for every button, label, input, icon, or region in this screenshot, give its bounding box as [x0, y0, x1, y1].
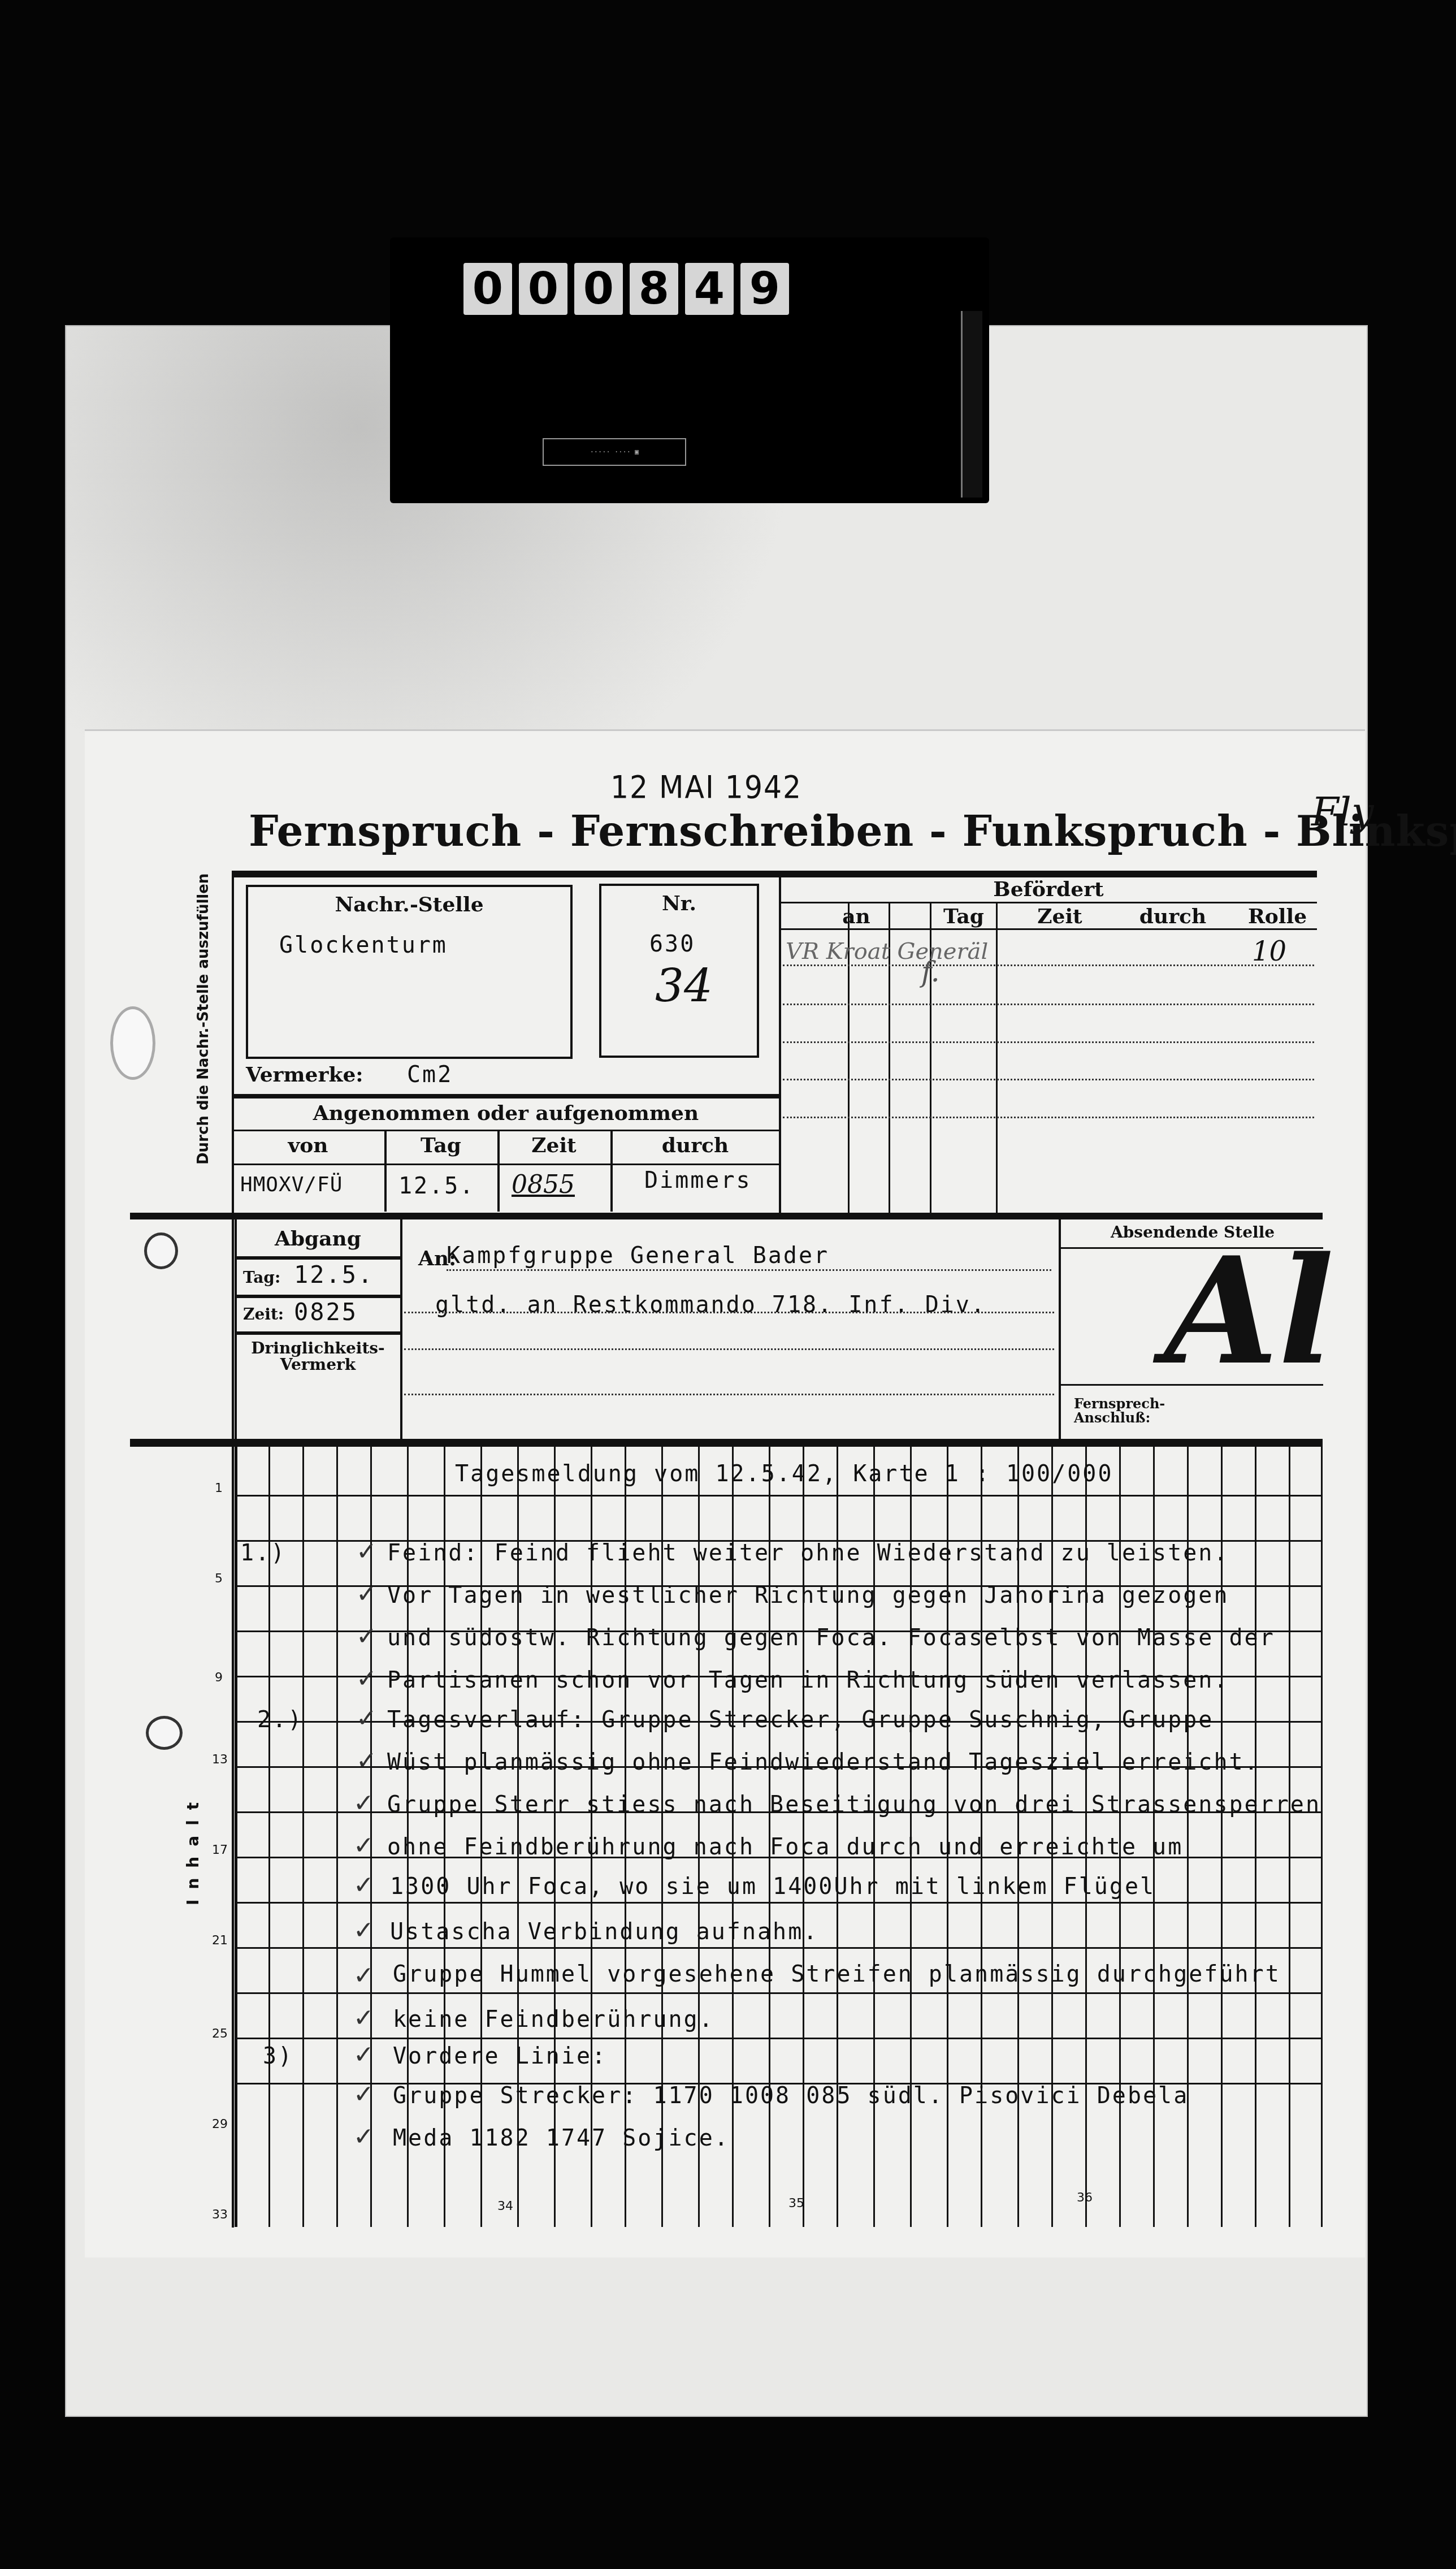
divider [236, 1331, 400, 1335]
divider [232, 1164, 780, 1165]
check-icon: ✓ [356, 1580, 377, 1608]
check-icon: ✓ [353, 2122, 374, 2151]
divider [232, 1094, 780, 1098]
angenommen-col-durch: durch [610, 1134, 780, 1157]
angenommen-col-tag: Tag [384, 1134, 497, 1157]
item-marker: 3) [263, 2043, 293, 2069]
counter-digit: 4 [685, 263, 734, 315]
counter-digit: 0 [574, 263, 623, 315]
befoerdert-col-zeit: Zeit [1012, 905, 1108, 928]
check-icon: ✓ [353, 2040, 374, 2069]
content-line: Wüst planmässig ohne Feindwiederstand Ta… [387, 1749, 1260, 1775]
check-icon: ✓ [356, 1537, 377, 1566]
content-text: Tagesmeldung vom 12.5.42, Karte 1 : 100/… [235, 1447, 1323, 2227]
title-rule [232, 871, 1317, 877]
check-icon: ✓ [356, 1704, 377, 1733]
check-icon: ✓ [356, 1746, 377, 1775]
check-icon: ✓ [353, 1961, 374, 1990]
fernsprech-label: Fernsprech- Anschluß: [1074, 1396, 1165, 1425]
row-number: 33 [212, 2208, 228, 2222]
col-divider [1059, 1218, 1061, 1439]
divider [232, 1130, 780, 1131]
content-line: Feind: Feind flieht weiter ohne Wiederst… [387, 1540, 1229, 1566]
row-number: 34 [497, 2199, 513, 2213]
befoerdert-col-tag: Tag [916, 905, 1012, 928]
abgang-tag-value: 12.5. [294, 1261, 374, 1288]
punch-hole-icon [146, 1716, 183, 1750]
divider [780, 902, 1317, 903]
nachr-stelle-box: Nachr.-Stelle Glockenturm [246, 885, 573, 1059]
check-icon: ✓ [353, 1871, 374, 1900]
torn-corner [110, 1006, 155, 1080]
befoerdert-title: Befördert [780, 877, 1317, 901]
content-line: ohne Feindberührung nach Foca durch und … [387, 1834, 1183, 1860]
abgang-tag-label: Tag: [243, 1269, 280, 1286]
section-rule [130, 1213, 1323, 1219]
row-number: 29 [212, 2117, 228, 2131]
row-number: 21 [212, 1934, 228, 1948]
abgang-title: Abgang [237, 1227, 398, 1251]
side-label: Durch die Nachr.-Stelle auszufüllen [195, 873, 212, 1165]
col-divider [235, 1218, 237, 1439]
befoerdert-col-an: an [780, 905, 933, 928]
row-number: 9 [215, 1671, 223, 1685]
dotted-line [783, 1117, 1314, 1118]
content-line: Gruppe Hummel vorgesehene Streifen planm… [393, 1961, 1281, 1987]
befoerdert-col-durch: durch [1108, 905, 1238, 928]
nr-label: Nr. [601, 892, 757, 915]
check-icon: ✓ [353, 2004, 374, 2032]
nr-printed-value: 630 [649, 931, 695, 957]
nr-box: Nr. 630 34 [599, 884, 759, 1058]
content-line: keine Feindberührung. [393, 2006, 714, 2032]
content-line: Vordere Linie: [393, 2043, 607, 2069]
dotted-line [404, 1394, 1054, 1395]
dotted-line [404, 1348, 1054, 1350]
check-icon: ✓ [353, 1831, 374, 1860]
dotted-line [783, 965, 1314, 966]
check-icon: ✓ [353, 1789, 374, 1818]
content-line: Gruppe Sterr stiess nach Beseitigung von… [387, 1792, 1321, 1818]
abgang-zeit-label: Zeit: [243, 1306, 284, 1322]
counter-digit: 0 [519, 263, 567, 315]
inhalt-label: Inhalt [184, 1792, 202, 1905]
check-icon: ✓ [353, 1916, 374, 1945]
content-line: Gruppe Strecker: 1170 1008 085 südl. Pis… [393, 2083, 1189, 2109]
handwritten-initials: Fly [1311, 789, 1374, 835]
row-number: 35 [788, 2196, 804, 2211]
divider [236, 1256, 400, 1260]
content-line: und südostw. Richtung gegen Foca. Focase… [387, 1625, 1275, 1651]
row-number: 13 [212, 1753, 228, 1767]
item-marker: 2.) [257, 1707, 303, 1733]
dotted-line [447, 1269, 1051, 1271]
content-line: Ustascha Verbindung aufnahm. [390, 1919, 818, 1945]
dotted-line [783, 1079, 1314, 1080]
counter-digit: 9 [740, 263, 789, 315]
befoerdert-col-rolle: Rolle [1238, 905, 1317, 928]
row-number: 1 [215, 1481, 223, 1495]
left-border [232, 871, 234, 2228]
angenommen-col-von: von [232, 1134, 384, 1157]
nachr-stelle-value: Glockenturm [279, 932, 448, 958]
section-rule [130, 1439, 1323, 1447]
check-icon: ✓ [356, 1664, 377, 1693]
befoerdert-mark: f. [921, 955, 940, 988]
angenommen-durch-value: Dimmers [644, 1167, 752, 1193]
divider [780, 928, 1317, 930]
abgang-zeit-value: 0825 [294, 1298, 358, 1326]
befoerdert-an-value: VR Kroat Generäl [786, 938, 988, 965]
punch-hole-icon [144, 1232, 178, 1269]
angenommen-zeit-value: 0855 [512, 1170, 575, 1199]
date-stamp: 12 MAI 1942 [610, 769, 802, 806]
row-number: 17 [212, 1843, 228, 1857]
nr-hand-value: 34 [655, 959, 713, 1012]
addressee-line2: gltd. an Restkommando 718. Inf. Div. [435, 1292, 986, 1318]
content-heading: Tagesmeldung vom 12.5.42, Karte 1 : 100/… [455, 1461, 1113, 1487]
befoerdert-rolle-value: 10 [1252, 936, 1286, 967]
angenommen-col-zeit: Zeit [497, 1134, 610, 1157]
angenommen-von-value: HMOXV/FÜ [240, 1173, 343, 1196]
dotted-line [783, 1041, 1314, 1043]
form-title: Fernspruch - Fernschreiben - Funkspruch … [249, 807, 1456, 856]
frame-counter: 0 0 0 8 4 9 ····· ···· ▣ [390, 237, 989, 503]
row-number: 5 [215, 1572, 223, 1586]
angenommen-title: Angenommen oder aufgenommen [232, 1101, 780, 1125]
counter-digit: 8 [630, 263, 678, 315]
check-icon: ✓ [356, 1622, 377, 1651]
counter-plate: ····· ···· ▣ [543, 438, 686, 466]
nachr-stelle-label: Nachr.-Stelle [248, 893, 570, 916]
vermerke-value: Cm2 [407, 1062, 453, 1088]
row-number: 25 [212, 2027, 228, 2041]
dotted-line [783, 1004, 1314, 1005]
signature: Al [1164, 1238, 1334, 1385]
content-line: 1300 Uhr Foca, wo sie um 1400Uhr mit lin… [390, 1874, 1155, 1900]
counter-digit: 0 [463, 263, 512, 315]
counter-digits: 0 0 0 8 4 9 [463, 263, 789, 315]
addressee-line1: Kampfgruppe General Bader [447, 1243, 829, 1269]
content-line: Vor Tagen in westlicher Richtung gegen J… [387, 1582, 1229, 1608]
dotted-line [404, 1312, 1054, 1313]
counter-knob [961, 311, 982, 498]
row-number: 36 [1077, 2191, 1093, 2205]
content-line: Meda 1182 1747 Sojice. [393, 2125, 730, 2151]
check-icon: ✓ [353, 2080, 374, 2109]
angenommen-tag-value: 12.5. [398, 1173, 475, 1199]
col-divider [996, 902, 998, 1213]
content-line: Partisanen schon vor Tagen in Richtung s… [387, 1667, 1229, 1693]
content-line: Tagesverlauf: Gruppe Strecker, Gruppe Su… [387, 1707, 1214, 1733]
vermerke-label: Vermerke: [246, 1063, 363, 1087]
dringlichkeit-label: Dringlichkeits- Vermerk [237, 1340, 398, 1373]
col-divider [400, 1218, 402, 1439]
item-marker: 1.) [240, 1540, 286, 1566]
